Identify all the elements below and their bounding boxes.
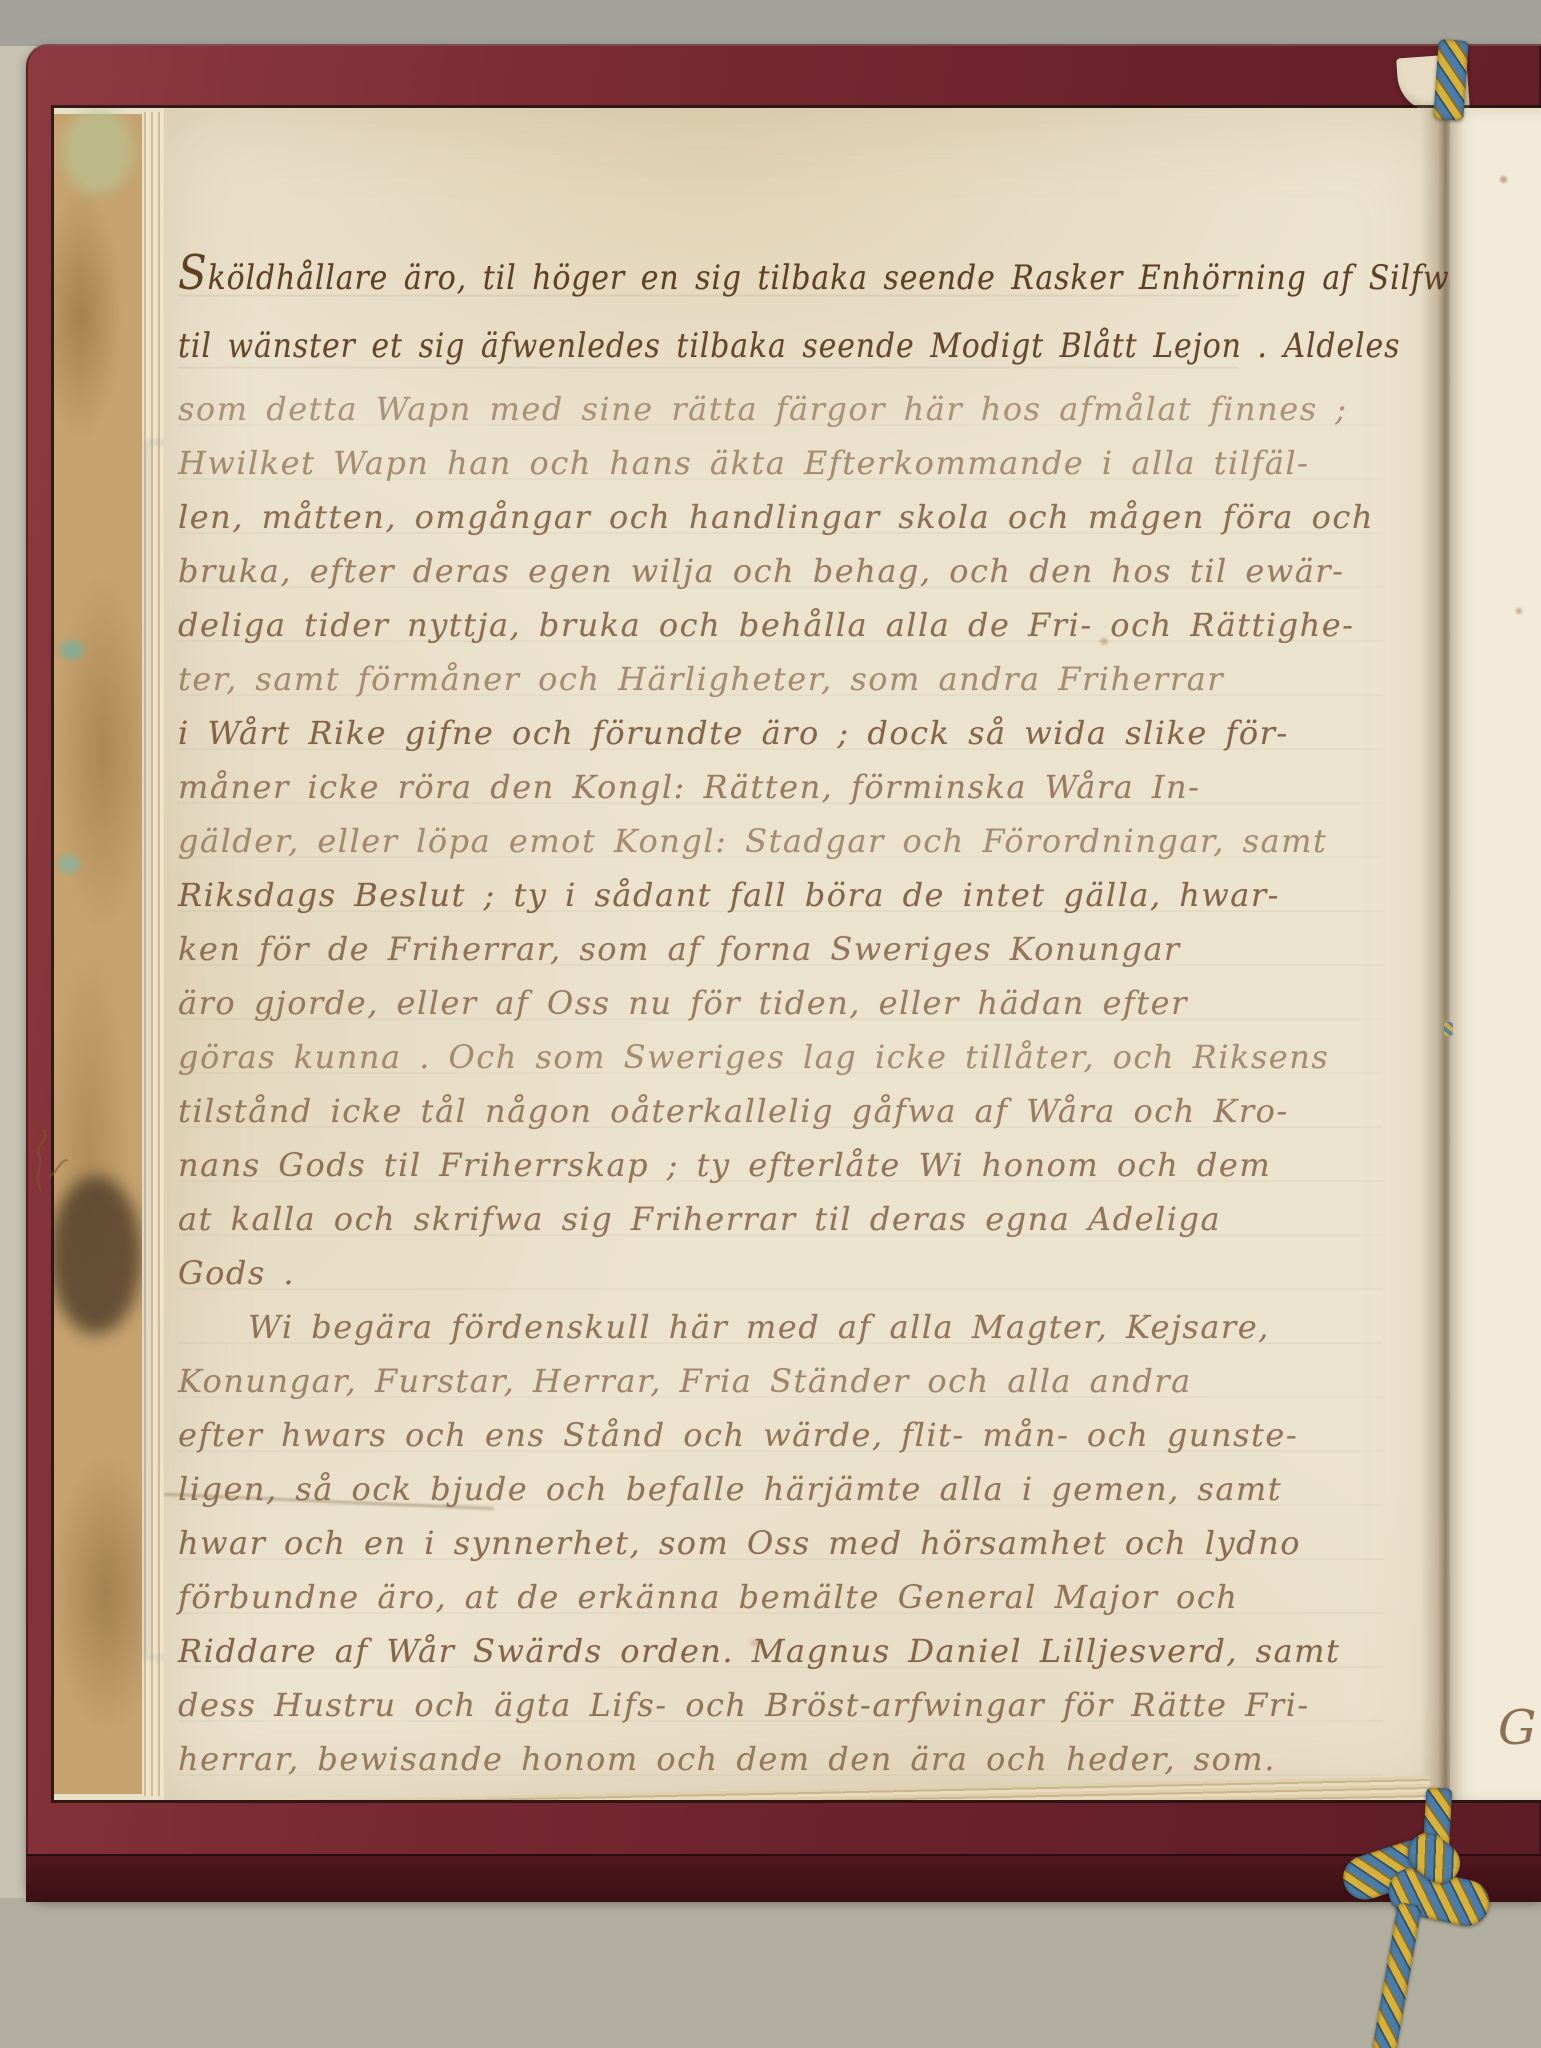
manuscript-page: Sköldhållare äro, til höger en sig tilba… xyxy=(164,108,1454,1800)
manuscript-line: Konungar, Furstar, Herrar, Fria Ständer … xyxy=(178,1354,1383,1408)
manuscript-line: efter hwars och ens Stånd och wärde, fli… xyxy=(178,1408,1383,1462)
manuscript-line: Wi begära fördenskull här med af alla Ma… xyxy=(178,1300,1383,1354)
manuscript-line: gälder, eller löpa emot Kongl: Stadgar o… xyxy=(178,814,1383,868)
manuscript-line: Riksdags Beslut ; ty i sådant fall böra … xyxy=(178,868,1383,922)
manuscript-line: len, måtten, omgångar och handlingar sko… xyxy=(178,490,1383,544)
cover-bottom-edge xyxy=(26,1854,1541,1902)
manuscript-line: til wänster et sig äfwenledes tilbaka se… xyxy=(178,310,1238,382)
stain-teal xyxy=(58,855,80,873)
manuscript-line: i Wårt Rike gifne och förundte äro ; doc… xyxy=(178,706,1383,760)
manuscript-line: måner icke röra den Kongl: Rätten, förmi… xyxy=(178,760,1383,814)
foxing-spot xyxy=(1516,608,1522,614)
manuscript-line: som detta Wapn med sine rätta färgor här… xyxy=(178,382,1383,436)
manuscript-line: dess Hustru och ägta Lifs- och Bröst-arf… xyxy=(178,1678,1383,1732)
manuscript-line: deliga tider nyttja, bruka och behålla a… xyxy=(178,598,1383,652)
manuscript-line: ken för de Friherrar, som af forna Sweri… xyxy=(178,922,1383,976)
foxing-spot xyxy=(750,1640,759,1646)
manuscript-line: Sköldhållare äro, til höger en sig tilba… xyxy=(178,238,1238,310)
manuscript-line: äro gjorde, eller af Oss nu för tiden, e… xyxy=(178,976,1383,1030)
stain-green xyxy=(62,108,134,194)
manuscript-line: tilstånd icke tål någon oåterkallelig gå… xyxy=(178,1084,1383,1138)
manuscript-line: bruka, efter deras egen wilja och behag,… xyxy=(178,544,1383,598)
right-page-mark: G xyxy=(1498,1700,1541,1770)
scanner-background-top xyxy=(0,0,1541,46)
cord-glimpse xyxy=(1444,1022,1453,1036)
manuscript-line: ter, samt förmåner och Härligheter, som … xyxy=(178,652,1383,706)
manuscript-line: Riddare af Wår Swärds orden. Magnus Dani… xyxy=(178,1624,1383,1678)
foxing-spot xyxy=(1100,638,1108,645)
bookmark-cord-top xyxy=(1433,39,1469,121)
manuscript-line: at kalla och skrifwa sig Friherrar til d… xyxy=(178,1192,1383,1246)
manuscript-line: Gods . xyxy=(178,1246,1383,1300)
manuscript-line: hwar och en i synnerhet, som Oss med hör… xyxy=(178,1516,1383,1570)
stain-teal xyxy=(60,640,84,660)
manuscript-line: herrar, bewisande honom och dem den ära … xyxy=(178,1732,1383,1786)
foxing-spot xyxy=(1500,176,1507,183)
manuscript-line: göras kunna . Och som Sweriges lag icke … xyxy=(178,1030,1383,1084)
manuscript-text: Sköldhållare äro, til höger en sig tilba… xyxy=(178,238,1383,1786)
manuscript-line: förbundne äro, at de erkänna bemälte Gen… xyxy=(178,1570,1383,1624)
scanned-book-spread: Sköldhållare äro, til höger en sig tilba… xyxy=(0,0,1541,2048)
next-page-edge xyxy=(1450,112,1541,1800)
page-block: Sköldhållare äro, til höger en sig tilba… xyxy=(54,108,1541,1800)
stain-dark-brown xyxy=(54,1176,142,1334)
manuscript-line: ligen, så ock bjude och befalle härjämte… xyxy=(178,1462,1383,1516)
aged-leaf-edge xyxy=(54,114,142,1794)
manuscript-line: Hwilket Wapn han och hans äkta Efterkomm… xyxy=(178,436,1383,490)
manuscript-line: nans Gods til Friherrskap ; ty efterlåte… xyxy=(178,1138,1383,1192)
scanner-background-bottom xyxy=(0,1898,1541,2048)
